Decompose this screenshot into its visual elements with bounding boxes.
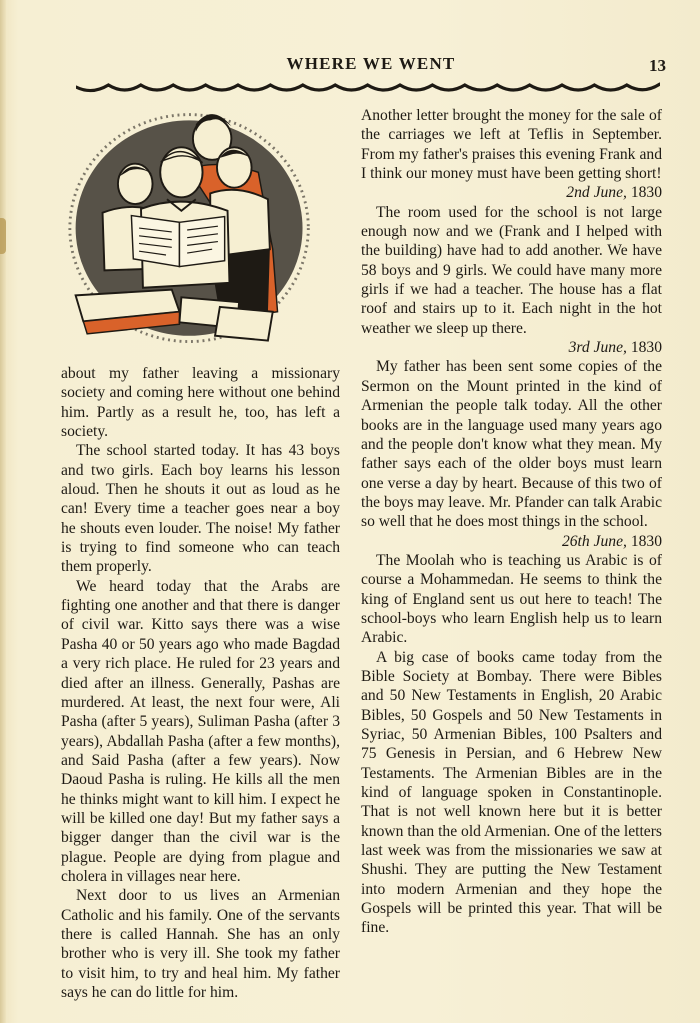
paragraph: A big case of books came today from the … [361,648,662,938]
diary-date-heading: 26th June, 1830 [361,532,662,551]
paragraph: The room used for the school is not larg… [361,203,662,338]
date-label: 3rd June, [569,339,627,356]
date-year: 1830 [631,339,662,356]
right-text-column: Another letter brought the money for the… [361,106,662,938]
paragraph: My father has been sent some copies of t… [361,357,662,531]
wavy-rule-divider [76,80,660,94]
paragraph: Another letter brought the money for the… [361,106,662,183]
family-reading-illustration [66,104,316,356]
date-year: 1830 [631,184,662,201]
paragraph: The school started today. It has 43 boys… [61,441,340,576]
book-page: WHERE WE WENT 13 [0,0,700,1023]
running-header: WHERE WE WENT 13 [76,54,666,80]
running-title: WHERE WE WENT [76,54,666,74]
page-number: 13 [649,56,666,76]
paragraph: Next door to us lives an Armenian Cathol… [61,886,340,1002]
paragraph: The Moolah who is teaching us Arabic is … [361,551,662,648]
diary-date-heading: 3rd June, 1830 [361,338,662,357]
paragraph: We heard today that the Arabs are fighti… [61,577,340,887]
page-gutter-edge [0,0,6,1023]
page-stain [0,218,6,254]
date-label: 26th June, [562,533,627,550]
date-year: 1830 [631,533,662,550]
diary-date-heading: 2nd June, 1830 [361,183,662,202]
date-label: 2nd June, [566,184,627,201]
paragraph: about my father leaving a missionary soc… [61,364,340,441]
left-text-column: about my father leaving a missionary soc… [61,364,340,1002]
